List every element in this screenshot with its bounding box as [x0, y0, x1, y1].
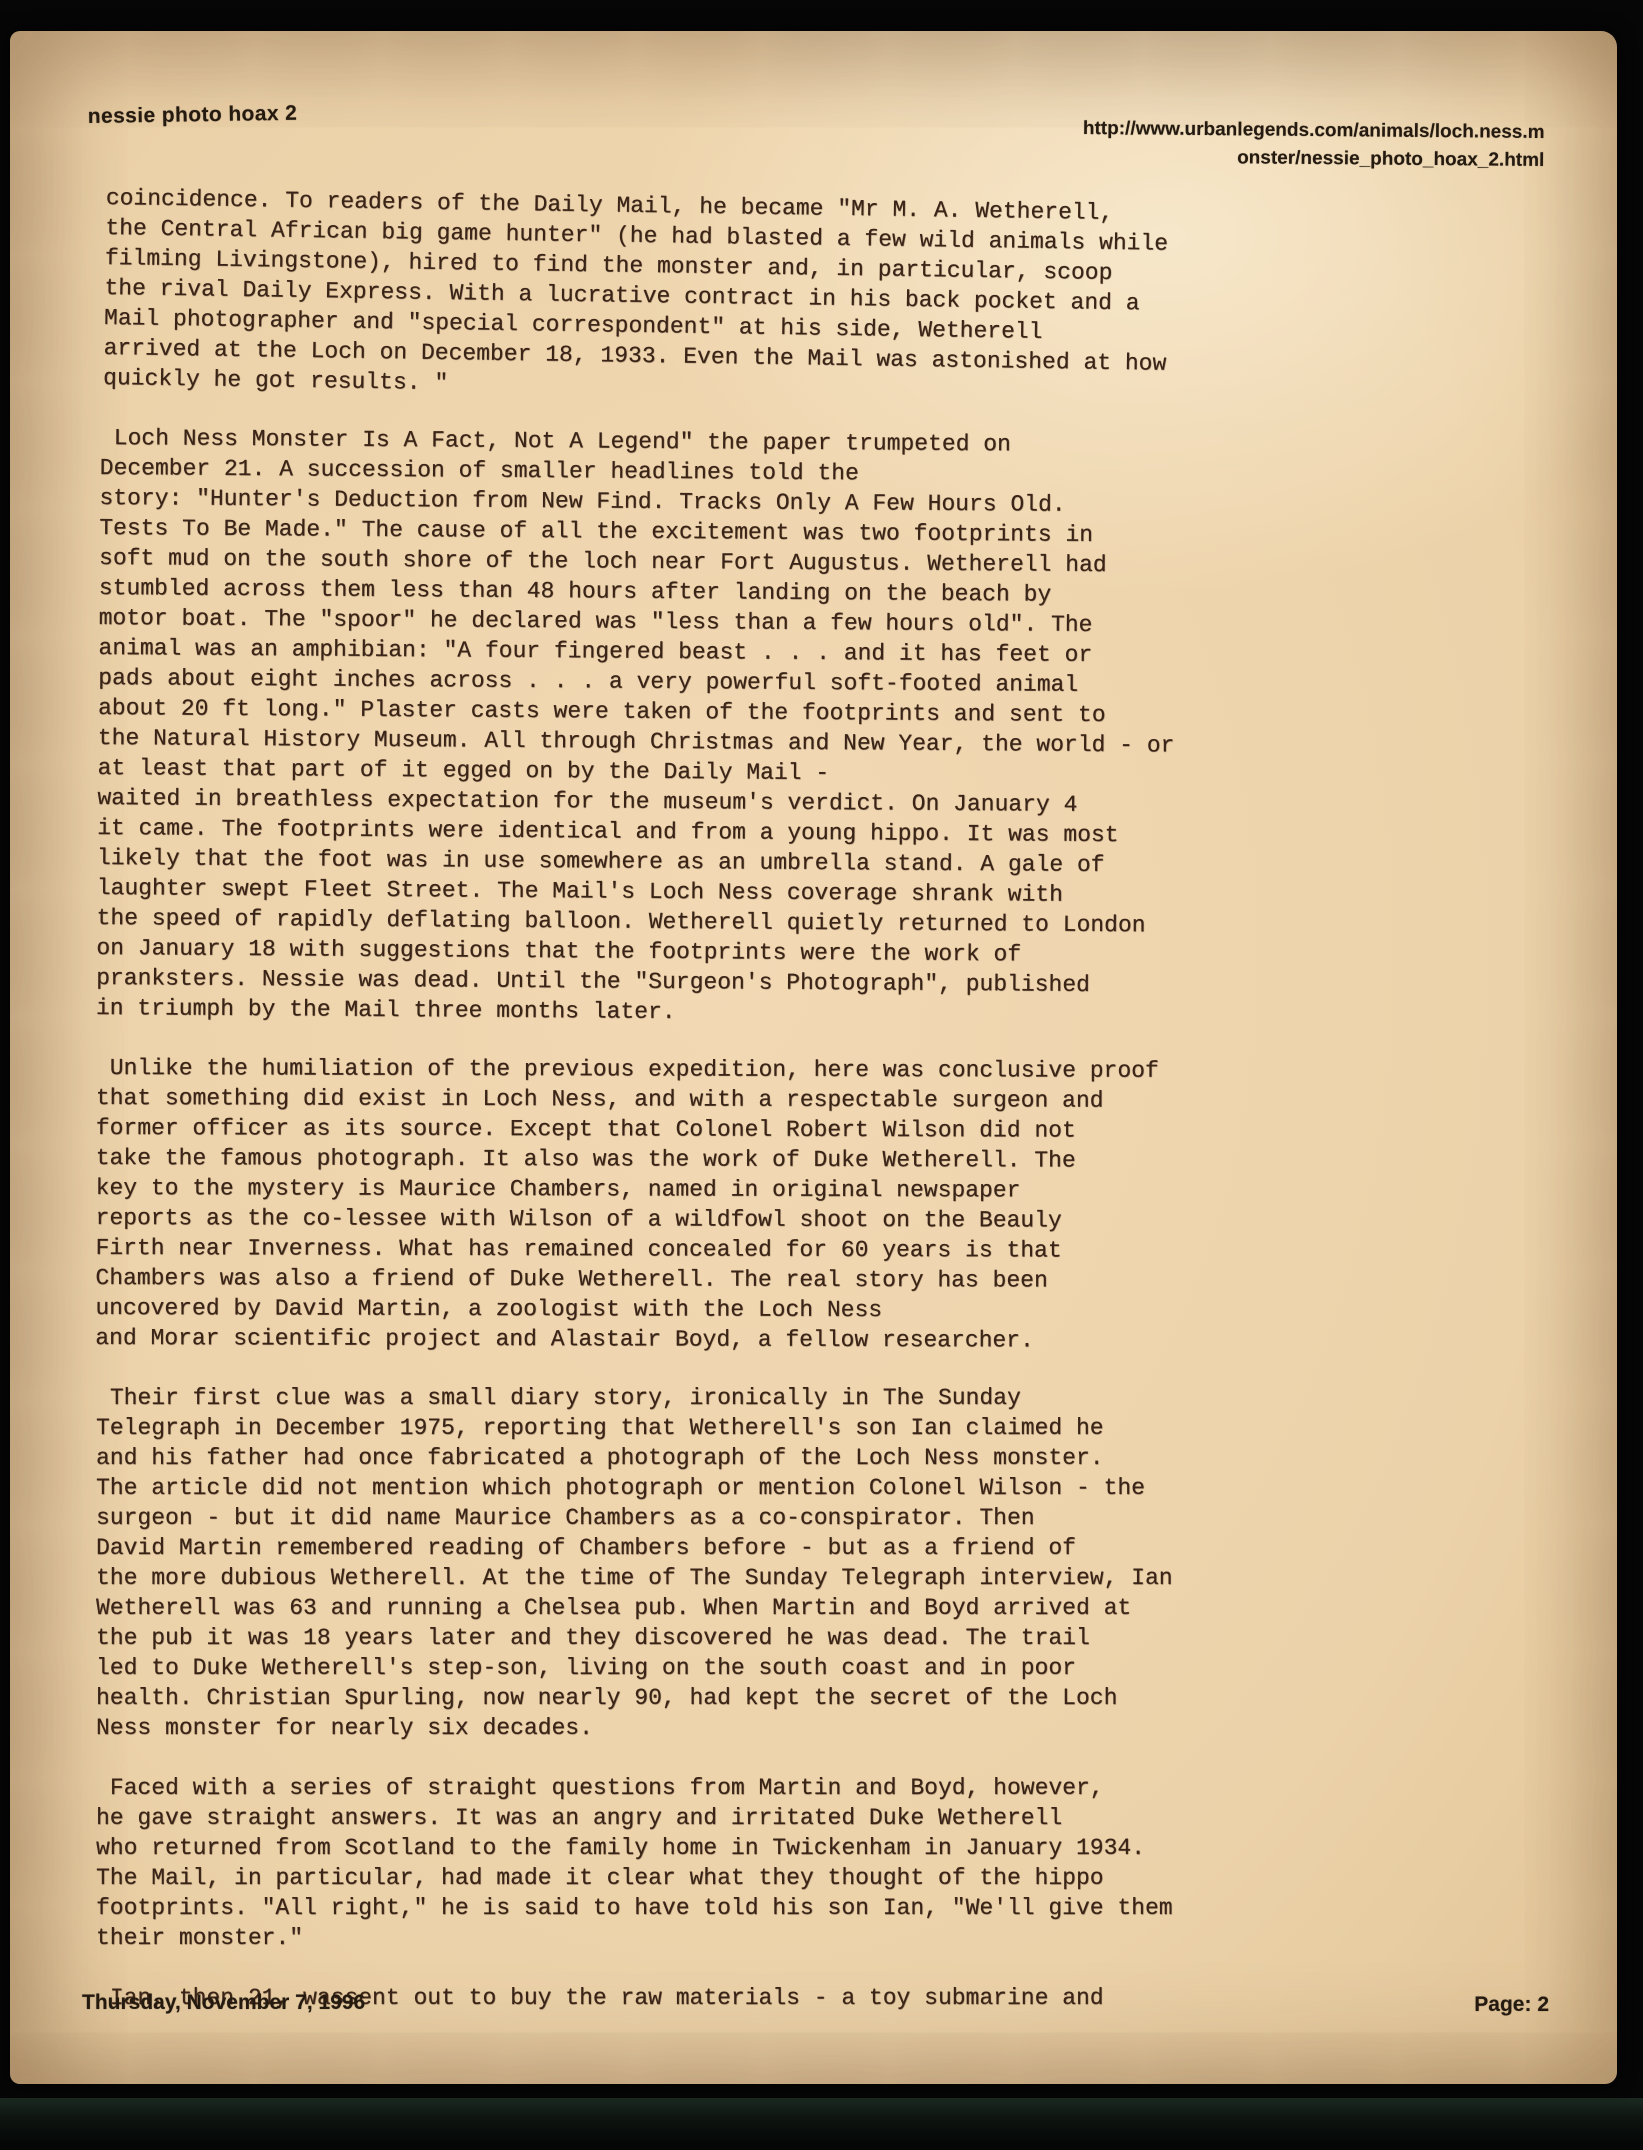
- document-title: nessie photo hoax 2: [88, 102, 298, 129]
- article-paragraph: Loch Ness Monster Is A Fact, Not A Legen…: [96, 423, 1496, 1033]
- article-paragraph: Their first clue was a small diary story…: [96, 1383, 1496, 1743]
- print-date: Thursday, November 7, 1996: [82, 1991, 365, 2015]
- page-number: Page: 2: [1474, 1993, 1549, 2017]
- article-paragraph: coincidence. To readers of the Daily Mai…: [103, 183, 1496, 414]
- article-paragraph: Faced with a series of straight question…: [96, 1773, 1496, 1953]
- page-url-line-2: onster/nessie_photo_hoax_2.html: [1083, 143, 1545, 175]
- photo-of-printed-page: { "document": { "title": "nessie photo h…: [0, 0, 1643, 2150]
- article-text: coincidence. To readers of the Daily Mai…: [96, 183, 1496, 2043]
- table-edge-shadow: [0, 2098, 1643, 2144]
- scanned-page: nessie photo hoax 2 http://www.urbanlege…: [10, 31, 1617, 2084]
- page-url-line-1: http://www.urbanlegends.com/animals/loch…: [1083, 115, 1545, 147]
- page-url: http://www.urbanlegends.com/animals/loch…: [1083, 115, 1545, 175]
- article-paragraph: Unlike the humiliation of the previous e…: [95, 1053, 1496, 1357]
